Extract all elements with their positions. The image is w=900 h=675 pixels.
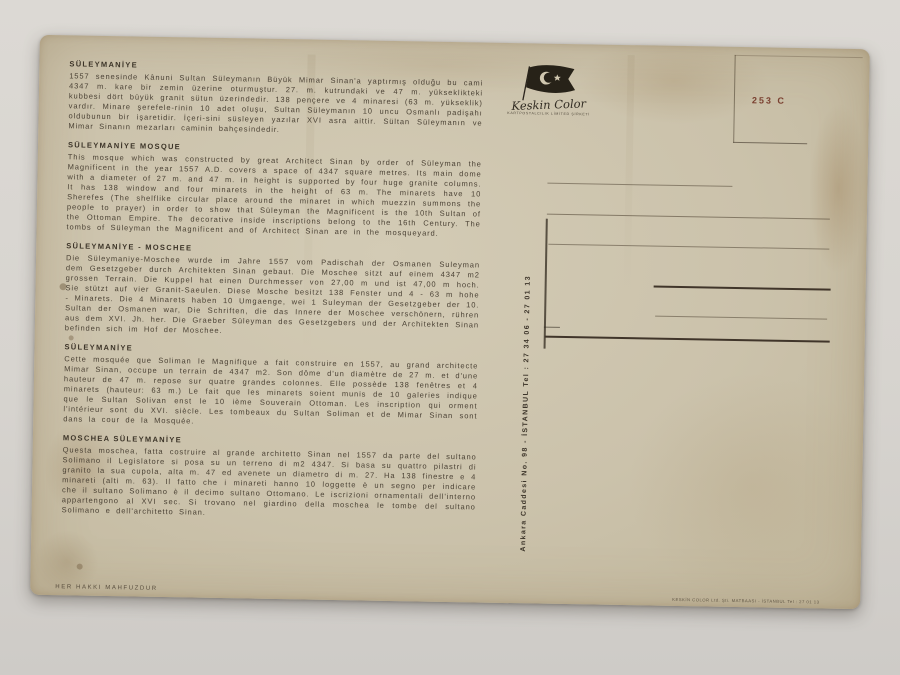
address-line: [547, 214, 830, 220]
divider-line: [544, 219, 548, 349]
postcard: SÜLEYMANİYE 1557 senesinde Kânuni Sultan…: [30, 35, 870, 609]
address-line: [655, 316, 827, 320]
rights-notice: HER HAKKI MAHFUZDUR: [55, 584, 157, 592]
section-body: Die Süleymaniye-Moschee wurde im Jahre 1…: [65, 253, 480, 340]
stain: [77, 564, 83, 570]
stamp-box-border: [735, 55, 863, 58]
stain: [625, 370, 879, 604]
section-turkish: SÜLEYMANİYE 1557 senesinde Kânuni Sultan…: [68, 59, 483, 138]
publisher-name: Keskin Color: [497, 98, 601, 113]
printer-imprint: KESKİN COLOR Ltd. Şti. MATBAASI - İSTANB…: [672, 597, 819, 605]
publisher-address-vertical: Ankara Caddesi No. 98 - İSTANBUL Tel : 2…: [519, 243, 532, 583]
description-column: SÜLEYMANİYE 1557 senesinde Kânuni Sultan…: [62, 59, 484, 522]
address-line: [548, 244, 829, 250]
section-italian: MOSCHEA SÜLEYMANİYE Questa moschea, fatt…: [62, 433, 477, 522]
section-body: Cette mosquée que Soliman le Magnifique …: [63, 354, 478, 431]
section-german: SÜLEYMANİYE - MOSCHEE Die Süleymaniye-Mo…: [65, 241, 481, 340]
stamp-box-border: [733, 142, 807, 144]
publisher-logo: Keskin Color KARTPOSTALCILIK LİMİTED ŞİR…: [497, 63, 602, 117]
stain: [623, 55, 634, 295]
section-body: Questa moschea, fatta costruire al grand…: [62, 445, 477, 522]
stamp-box-border: [733, 55, 736, 143]
stamp-box: 253 C: [733, 55, 865, 145]
address-line: [547, 183, 732, 187]
section-french: SÜLEYMANİYE Cette mosquée que Soliman le…: [63, 342, 478, 431]
address-line: [654, 286, 831, 291]
address-line: [545, 336, 830, 343]
section-english: SÜLEYMANİYE MOSQUE This mosque which was…: [67, 140, 483, 239]
section-body: 1557 senesinde Kânuni Sultan Süleymanın …: [68, 71, 483, 138]
section-body: This mosque which was constructed by gre…: [67, 152, 482, 239]
series-code: 253 C: [752, 95, 786, 106]
photo-background: SÜLEYMANİYE 1557 senesinde Kânuni Sultan…: [0, 0, 900, 675]
divider-tick: [544, 327, 560, 328]
